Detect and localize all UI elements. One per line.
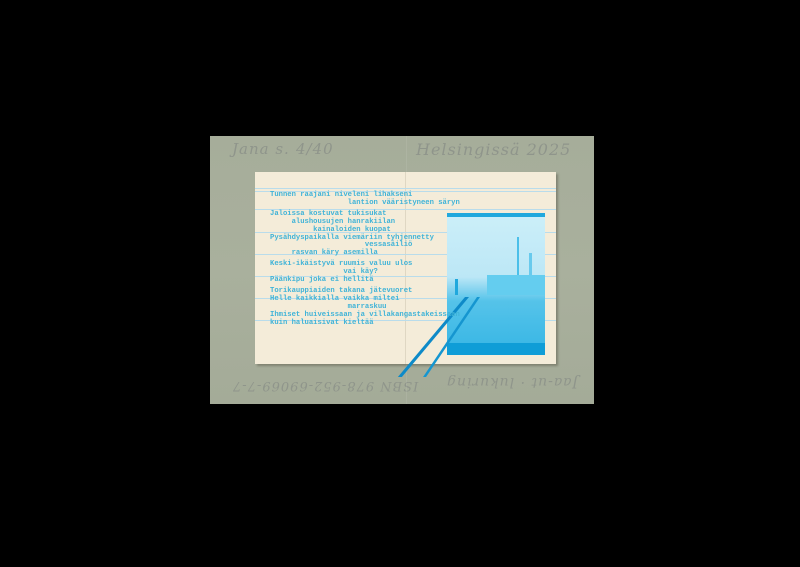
poem-card: Tunnen raajani niveleni lihakseni lantio… [255, 172, 556, 364]
ruled-line [255, 188, 556, 189]
poem-line: Päänkipu joka ei hellitä [270, 277, 550, 285]
poem-line: kuin haluaisivat kieltää [270, 320, 550, 328]
poem-line: lantion vääristyneen säryn [270, 200, 550, 208]
handwritten-note: Jaa-ut · lukuring [446, 374, 578, 390]
handwritten-isbn: ISBN 978-952-69069-7-7 [232, 378, 418, 393]
handwritten-edition-number: 4/40 [296, 140, 334, 158]
typewritten-poem: Tunnen raajani niveleni lihakseni lantio… [270, 192, 550, 328]
handwritten-edition-note: Jana s. [232, 140, 290, 158]
handwritten-place-year: Helsingissä 2025 [416, 140, 571, 159]
poem-line: rasvan käry asemilla [270, 250, 550, 258]
